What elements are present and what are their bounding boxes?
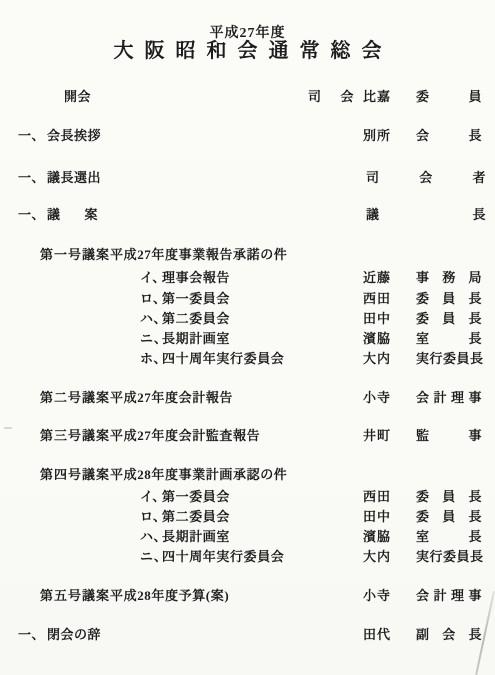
person-name: 大内 (363, 549, 391, 565)
person-role: 室長 (416, 529, 482, 545)
sub-item-row: ホ、 四十周年実行委員会 大内 実行委員長 (0, 351, 495, 369)
proposal-row-2: 第二号議案 平成27年度会計報告 小寺 会計理事 (0, 390, 495, 408)
person-role: 室長 (416, 331, 482, 347)
item-title: 閉会の辞 (47, 627, 101, 643)
item-title: 会長挨拶 (47, 128, 101, 144)
proposal-row-5: 第五号議案 平成28年度予算(案) 小寺 会計理事 (0, 588, 495, 606)
proposal-subject: 平成27年度会計報告 (110, 390, 233, 406)
person-name: 井町 (363, 428, 391, 444)
person-role: 司会者 (366, 170, 486, 186)
item-title: 議長選出 (47, 170, 101, 186)
item-title: 開会 (64, 89, 91, 105)
person-name: 田中 (363, 509, 391, 525)
sub-item-title: 第二委員会 (162, 509, 230, 525)
proposal-row-4: 第四号議案 平成28年度事業計画承認の件 (0, 467, 495, 485)
person-name: 西田 (363, 489, 391, 505)
person-name: 小寺 (363, 390, 391, 406)
person-name: 近藤 (363, 270, 391, 286)
person-role: 会長 (416, 128, 482, 144)
scanned-agenda-page: 平成27年度 大阪昭和会通常総会 開会 司会 比嘉 委員 一、 会長挨拶 別所 … (0, 0, 495, 675)
person-role: 委員長 (416, 489, 482, 505)
page-title: 大阪昭和会通常総会 (0, 43, 495, 59)
sub-item-title: 第二委員会 (162, 311, 230, 327)
proposal-label: 第四号議案 (40, 467, 110, 483)
person-role: 実行委員長 (416, 351, 482, 367)
scan-speck-artifact (4, 427, 12, 429)
person-role: 委員 (416, 89, 482, 105)
person-name: 濱脇 (363, 529, 391, 545)
person-role: 会計理事 (416, 390, 482, 406)
sub-item-title: 第一委員会 (162, 489, 230, 505)
person-name: 田代 (363, 627, 391, 643)
person-role: 副会長 (416, 627, 482, 643)
sub-item-title: 第一委員会 (162, 291, 230, 307)
person-role: 会計理事 (416, 588, 482, 604)
sub-item-title: 四十周年実行委員会 (162, 351, 284, 367)
proposal-subject: 平成27年度会計監査報告 (110, 428, 260, 444)
item-title: 議案 (47, 207, 98, 223)
sub-item-title: 四十周年実行委員会 (162, 549, 284, 565)
item-marker: 一、 (18, 170, 45, 186)
sub-item-row: ロ、 第二委員会 田中 委員長 (0, 509, 495, 527)
person-role: 委員長 (416, 311, 482, 327)
person-role: 事務局 (416, 270, 482, 286)
sub-item-row: ハ、 長期計画室 濱脇 室長 (0, 529, 495, 547)
proposal-label: 第一号議案 (40, 247, 110, 263)
person-name: 濱脇 (363, 331, 391, 347)
sub-item-row: ニ、 長期計画室 濱脇 室長 (0, 331, 495, 349)
proposal-subject: 平成27年度事業報告承諾の件 (110, 247, 287, 263)
person-name: 大内 (363, 351, 391, 367)
person-name: 小寺 (363, 588, 391, 604)
person-role: 委員長 (416, 509, 482, 525)
agenda-row-proposals: 一、 議案 議長 (0, 207, 495, 225)
person-name: 比嘉 (363, 89, 391, 105)
person-role: 議長 (366, 207, 486, 223)
person-role: 実行委員長 (416, 549, 482, 565)
item-marker: 一、 (18, 207, 45, 223)
proposal-label: 第二号議案 (40, 390, 110, 406)
item-marker: 一、 (18, 627, 45, 643)
item-marker: 一、 (18, 128, 45, 144)
person-name: 西田 (363, 291, 391, 307)
sub-item-row: ロ、 第一委員会 西田 委員長 (0, 291, 495, 309)
agenda-row-closing: 一、 閉会の辞 田代 副会長 (0, 627, 495, 645)
proposal-label: 第五号議案 (40, 588, 110, 604)
proposal-subject: 平成28年度予算(案) (110, 588, 229, 604)
person-name: 別所 (363, 128, 391, 144)
sub-item-row: ハ、 第二委員会 田中 委員長 (0, 311, 495, 329)
sub-item-row: イ、 理事会報告 近藤 事務局 (0, 270, 495, 288)
agenda-row-greeting: 一、 会長挨拶 別所 会長 (0, 128, 495, 146)
sub-item-title: 長期計画室 (162, 331, 230, 347)
person-role: 監事 (416, 428, 482, 444)
sub-item-title: 理事会報告 (162, 270, 230, 286)
sub-item-row: イ、 第一委員会 西田 委員長 (0, 489, 495, 507)
proposal-label: 第三号議案 (40, 428, 110, 444)
mc-label: 司会 (308, 89, 354, 105)
sub-item-row: ニ、 四十周年実行委員会 大内 実行委員長 (0, 549, 495, 567)
person-role: 委員長 (416, 291, 482, 307)
agenda-row-chair-election: 一、 議長選出 司会者 (0, 170, 495, 188)
agenda-row-opening: 開会 司会 比嘉 委員 (0, 89, 495, 107)
proposal-row-3: 第三号議案 平成27年度会計監査報告 井町 監事 (0, 428, 495, 446)
proposal-subject: 平成28年度事業計画承認の件 (110, 467, 287, 483)
sub-item-title: 長期計画室 (162, 529, 230, 545)
person-name: 田中 (363, 311, 391, 327)
proposal-row-1: 第一号議案 平成27年度事業報告承諾の件 (0, 247, 495, 265)
